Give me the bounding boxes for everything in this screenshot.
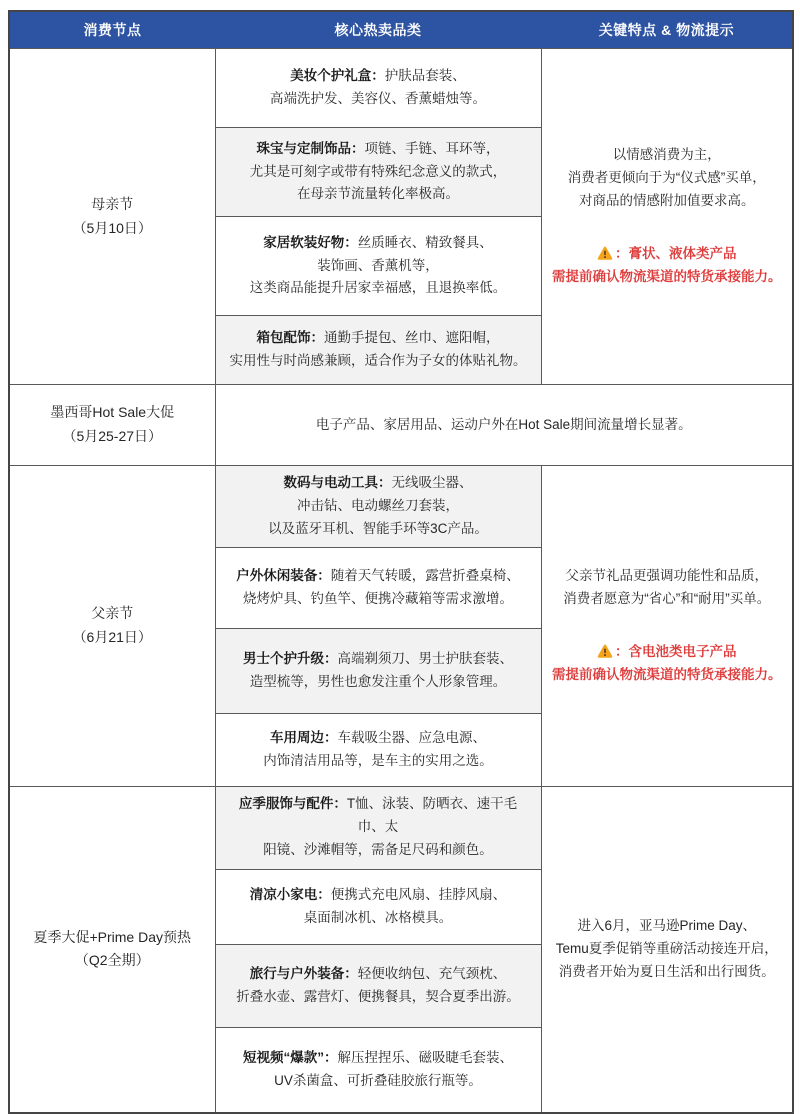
category-cell: 旅行与户外装备：轻便收纳包、充气颈枕、 折叠水壶、露营灯、便携餐具，契合夏季出游…	[215, 944, 541, 1027]
node-date: （5月10日）	[20, 217, 205, 241]
node-cell-mothers-day: 母亲节 （5月10日）	[9, 49, 215, 385]
category-title: 清凉小家电：	[250, 887, 331, 902]
node-date: （6月21日）	[20, 626, 205, 650]
node-cell-summer-prime-day: 夏季大促+Prime Day预热 （Q2全期）	[9, 786, 215, 1113]
category-cell: 男士个护升级：高端剃须刀、男士护肤套装、 造型梳等，男性也愈发注重个人形象管理。	[215, 628, 541, 713]
node-name: 墨西哥Hot Sale大促	[20, 401, 205, 425]
node-date: （Q2全期）	[20, 949, 205, 973]
category-cell: 箱包配饰：通勤手提包、丝巾、遮阳帽， 实用性与时尚感兼顾，适合作为子女的体贴礼物…	[215, 316, 541, 385]
category-title: 户外休闲装备：	[236, 568, 331, 583]
category-title: 珠宝与定制饰品：	[257, 141, 365, 156]
warning-triangle-icon	[597, 643, 613, 659]
logistics-warning: ：含电池类电子产品 需提前确认物流渠道的特货承接能力。	[552, 641, 783, 687]
category-cell: 短视频“爆款”：解压捏捏乐、磁吸睫毛套装、 UV杀菌盒、可折叠硅胶旅行瓶等。	[215, 1027, 541, 1113]
category-cell: 珠宝与定制饰品：项链、手链、耳环等， 尤其是可刻字或带有特殊纪念意义的款式， 在…	[215, 128, 541, 217]
category-title: 箱包配饰：	[257, 330, 325, 345]
column-header-core-categories: 核心热卖品类	[215, 11, 541, 49]
category-title: 短视频“爆款”：	[243, 1050, 338, 1065]
warning-triangle-icon	[597, 245, 613, 261]
category-cell: 家居软装好物：丝质睡衣、精致餐具、 装饰画、香薰机等， 这类商品能提升居家幸福感…	[215, 217, 541, 316]
node-cell-mexico-hot-sale: 墨西哥Hot Sale大促 （5月25-27日）	[9, 385, 215, 466]
table-row: 母亲节 （5月10日） 美妆个护礼盒：护肤品套装、 高端洗护发、美容仪、香薰蜡烛…	[9, 49, 793, 128]
note-cell-fathers-day: 父亲节礼品更强调功能性和品质， 消费者愿意为“省心”和“耐用”买单。 ：含电池类…	[541, 466, 793, 787]
category-cell: 户外休闲装备：随着天气转暖，露营折叠桌椅、 烧烤炉具、钓鱼竿、便携冷藏箱等需求激…	[215, 547, 541, 628]
category-title: 男士个护升级：	[243, 651, 338, 666]
category-title: 数码与电动工具：	[284, 475, 392, 490]
node-date: （5月25-27日）	[20, 425, 205, 449]
category-cell: 应季服饰与配件：T恤、泳装、防晒衣、速干毛巾、太 阳镜、沙滩帽等，需备足尺码和颜…	[215, 786, 541, 869]
merged-note-cell: 电子产品、家居用品、运动户外在Hot Sale期间流量增长显著。	[215, 385, 793, 466]
logistics-warning: ：膏状、液体类产品 需提前确认物流渠道的特货承接能力。	[552, 243, 783, 289]
category-cell: 清凉小家电：便携式充电风扇、挂脖风扇、 桌面制冰机、冰格模具。	[215, 869, 541, 944]
node-name: 夏季大促+Prime Day预热	[20, 926, 205, 950]
header-row: 消费节点 核心热卖品类 关键特点 & 物流提示	[9, 11, 793, 49]
column-header-key-features-logistics: 关键特点 & 物流提示	[541, 11, 793, 49]
category-cell: 车用周边：车载吸尘器、应急电源、 内饰清洁用品等，是车主的实用之选。	[215, 713, 541, 786]
warning-text: ：含电池类电子产品 需提前确认物流渠道的特货承接能力。	[552, 644, 782, 682]
category-title: 家居软装好物：	[263, 235, 358, 250]
note-cell-summer-prime-day: 进入6月，亚马逊Prime Day、 Temu夏季促销等重磅活动接连开启， 消费…	[541, 786, 793, 1113]
note-text: 父亲节礼品更强调功能性和品质， 消费者愿意为“省心”和“耐用”买单。	[552, 565, 783, 611]
page: 消费节点 核心热卖品类 关键特点 & 物流提示 母亲节 （5月10日） 美妆个护…	[0, 0, 800, 956]
node-name: 母亲节	[20, 193, 205, 217]
category-title: 旅行与户外装备：	[250, 966, 358, 981]
category-title: 应季服饰与配件：	[239, 796, 347, 811]
category-cell: 数码与电动工具：无线吸尘器、 冲击钻、电动螺丝刀套装， 以及蓝牙耳机、智能手环等…	[215, 466, 541, 548]
category-title: 美妆个护礼盒：	[290, 68, 385, 83]
note-cell-mothers-day: 以情感消费为主， 消费者更倾向于为“仪式感”买单， 对商品的情感附加值要求高。 …	[541, 49, 793, 385]
note-text: 进入6月，亚马逊Prime Day、 Temu夏季促销等重磅活动接连开启， 消费…	[552, 915, 783, 984]
warning-text: ：膏状、液体类产品 需提前确认物流渠道的特货承接能力。	[552, 246, 782, 284]
table-row: 墨西哥Hot Sale大促 （5月25-27日） 电子产品、家居用品、运动户外在…	[9, 385, 793, 466]
category-title: 车用周边：	[270, 730, 338, 745]
column-header-consumption-node: 消费节点	[9, 11, 215, 49]
note-text: 以情感消费为主， 消费者更倾向于为“仪式感”买单， 对商品的情感附加值要求高。	[552, 144, 783, 213]
table-row: 夏季大促+Prime Day预热 （Q2全期） 应季服饰与配件：T恤、泳装、防晒…	[9, 786, 793, 869]
promo-calendar-table: 消费节点 核心热卖品类 关键特点 & 物流提示 母亲节 （5月10日） 美妆个护…	[8, 10, 794, 1114]
node-name: 父亲节	[20, 602, 205, 626]
category-desc: 便携式充电风扇、挂脖风扇、 桌面制冰机、冰格模具。	[304, 887, 507, 925]
table-row: 父亲节 （6月21日） 数码与电动工具：无线吸尘器、 冲击钻、电动螺丝刀套装， …	[9, 466, 793, 548]
node-cell-fathers-day: 父亲节 （6月21日）	[9, 466, 215, 787]
category-cell: 美妆个护礼盒：护肤品套装、 高端洗护发、美容仪、香薰蜡烛等。	[215, 49, 541, 128]
merged-note-text: 电子产品、家居用品、运动户外在Hot Sale期间流量增长显著。	[226, 414, 783, 437]
